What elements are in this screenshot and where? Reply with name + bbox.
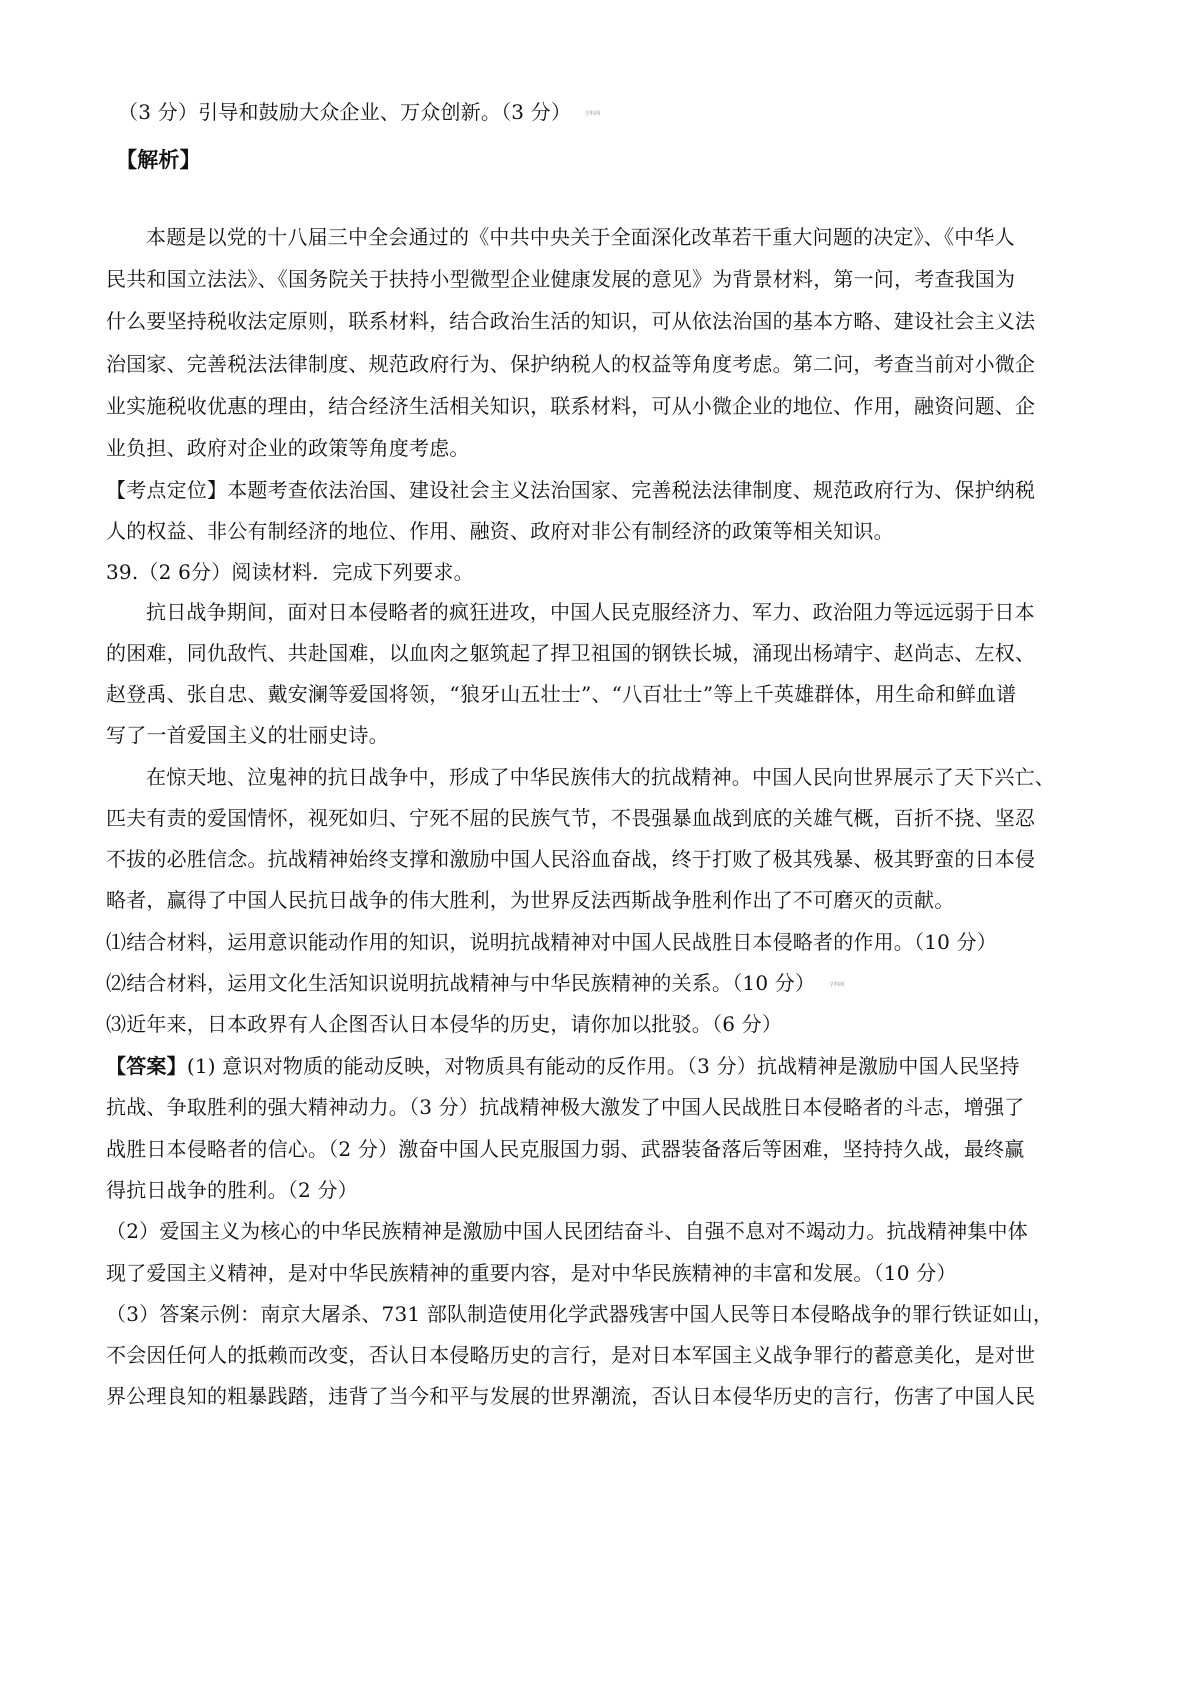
material-line: 的困难，同仇敌忾、共赴国难，以血肉之躯筑起了捍卫祖国的钢铁长城，涌现出杨靖宇、赵… [106, 641, 1035, 665]
analysis-line: 民共和国立法法》、《国务院关于扶持小型微型企业健康发展的意见》为背景材料，第一问… [106, 267, 1015, 291]
analysis-line: 本题是以党的十八届三中全会通过的《中共中央关于全面深化改革若干重大问题的决定》、… [106, 225, 1015, 249]
answer-line: （3）答案示例：南京大屠杀、731 部队制造使用化学武器残害中国人民等日本侵略战… [106, 1302, 1053, 1326]
sub-question-1: ⑴结合材料，运用意识能动作用的知识，说明抗战精神对中国人民战胜日本侵略者的作用。… [106, 930, 997, 954]
material-line: 不拔的必胜信念。抗战精神始终支撑和激励中国人民浴血奋战，终于打败了极其残暴、极其… [106, 847, 1035, 871]
answer-line: 【答案】(1) 意识对物质的能动反映，对物质具有能动的反作用。（3 分）抗战精神… [106, 1054, 1020, 1078]
key-point-line: 人的权益、非公有制经济的地位、作用、融资、政府对非公有制经济的政策等相关知识。 [106, 519, 894, 543]
score-line: （3 分）引导和鼓励大众企业、万众创新。（3 分）学科网 [118, 100, 600, 126]
answer-line: 现了爱国主义精神，是对中华民族精神的重要内容，是对中华民族精神的丰富和发展。（1… [106, 1261, 957, 1285]
sub-question-2-text: ⑵结合材料，运用文化生活知识说明抗战精神与中华民族精神的关系。（10 分） [106, 971, 815, 995]
material-line: 匹夫有责的爱国情怀，视死如归、宁死不屈的民族气节，不畏强暴血战到底的关雄气概，百… [106, 806, 1035, 830]
watermark: 学科网 [829, 982, 844, 988]
document-page: （3 分）引导和鼓励大众企业、万众创新。（3 分）学科网 【解析】 本题是以党的… [0, 0, 1200, 1698]
analysis-line: 什么要坚持税收法定原则，联系材料，结合政治生活的知识，可从依法治国的基本方略、建… [106, 309, 1035, 333]
analysis-line: 业负担、政府对企业的政策等角度考虑。 [106, 436, 470, 460]
score-text: （3 分）引导和鼓励大众企业、万众创新。（3 分） [118, 100, 571, 124]
analysis-line: 业实施税收优惠的理由，结合经济生活相关知识，联系材料，可从小微企业的地位、作用，… [106, 394, 1035, 418]
answer-text: (1) 意识对物质的能动反映，对物质具有能动的反作用。（3 分）抗战精神是激励中… [187, 1054, 1020, 1078]
question-header: 39.（2 6分）阅读材料．完成下列要求。 [106, 560, 474, 584]
sub-question-3: ⑶近年来，日本政界有人企图否认日本侵华的历史，请你加以批驳。（6 分） [106, 1012, 782, 1036]
material-line: 略者，赢得了中国人民抗日战争的伟大胜利，为世界反法西斯战争胜利作出了不可磨灭的贡… [106, 888, 954, 912]
answer-label: 【答案】 [106, 1054, 187, 1078]
key-point-line: 【考点定位】本题考查依法治国、建设社会主义法治国家、完善税法法律制度、规范政府行… [106, 478, 1035, 502]
answer-line: （2）爱国主义为核心的中华民族精神是激励中国人民团结奋斗、自强不息对不竭动力。抗… [106, 1219, 1028, 1243]
analysis-heading: 【解析】 [116, 148, 201, 172]
answer-line: 不会因任何人的抵赖而改变，否认日本侵略历史的言行，是对日本军国主义战争罪行的蓄意… [106, 1343, 1035, 1367]
answer-line: 战胜日本侵略者的信心。（2 分）激奋中国人民克服国力弱、武器装备落后等困难，坚持… [106, 1137, 1024, 1161]
material-line: 抗日战争期间，面对日本侵略者的疯狂进攻，中国人民克服经济力、军力、政治阻力等远远… [106, 600, 1035, 624]
analysis-line: 治国家、完善税法法律制度、规范政府行为、保护纳税人的权益等角度考虑。第二问，考查… [106, 352, 1035, 376]
watermark: 学科网 [585, 111, 600, 117]
material-line: 在惊天地、泣鬼神的抗日战争中，形成了中华民族伟大的抗战精神。中国人民向世界展示了… [106, 765, 1055, 789]
material-line: 赵登禹、张自忠、戴安澜等爱国将领，“狼牙山五壮士”、“八百壮士”等上千英雄群体，… [106, 682, 1016, 706]
sub-question-2: ⑵结合材料，运用文化生活知识说明抗战精神与中华民族精神的关系。（10 分）学科网 [106, 971, 844, 997]
answer-line: 界公理良知的粗暴践踏，违背了当今和平与发展的世界潮流，否认日本侵华历史的言行，伤… [106, 1384, 1035, 1408]
material-line: 写了一首爱国主义的壮丽史诗。 [106, 723, 389, 747]
answer-line: 得抗日战争的胜利。（2 分） [106, 1178, 358, 1202]
answer-line: 抗战、争取胜利的强大精神动力。（3 分）抗战精神极大激发了中国人民战胜日本侵略者… [106, 1095, 1024, 1119]
